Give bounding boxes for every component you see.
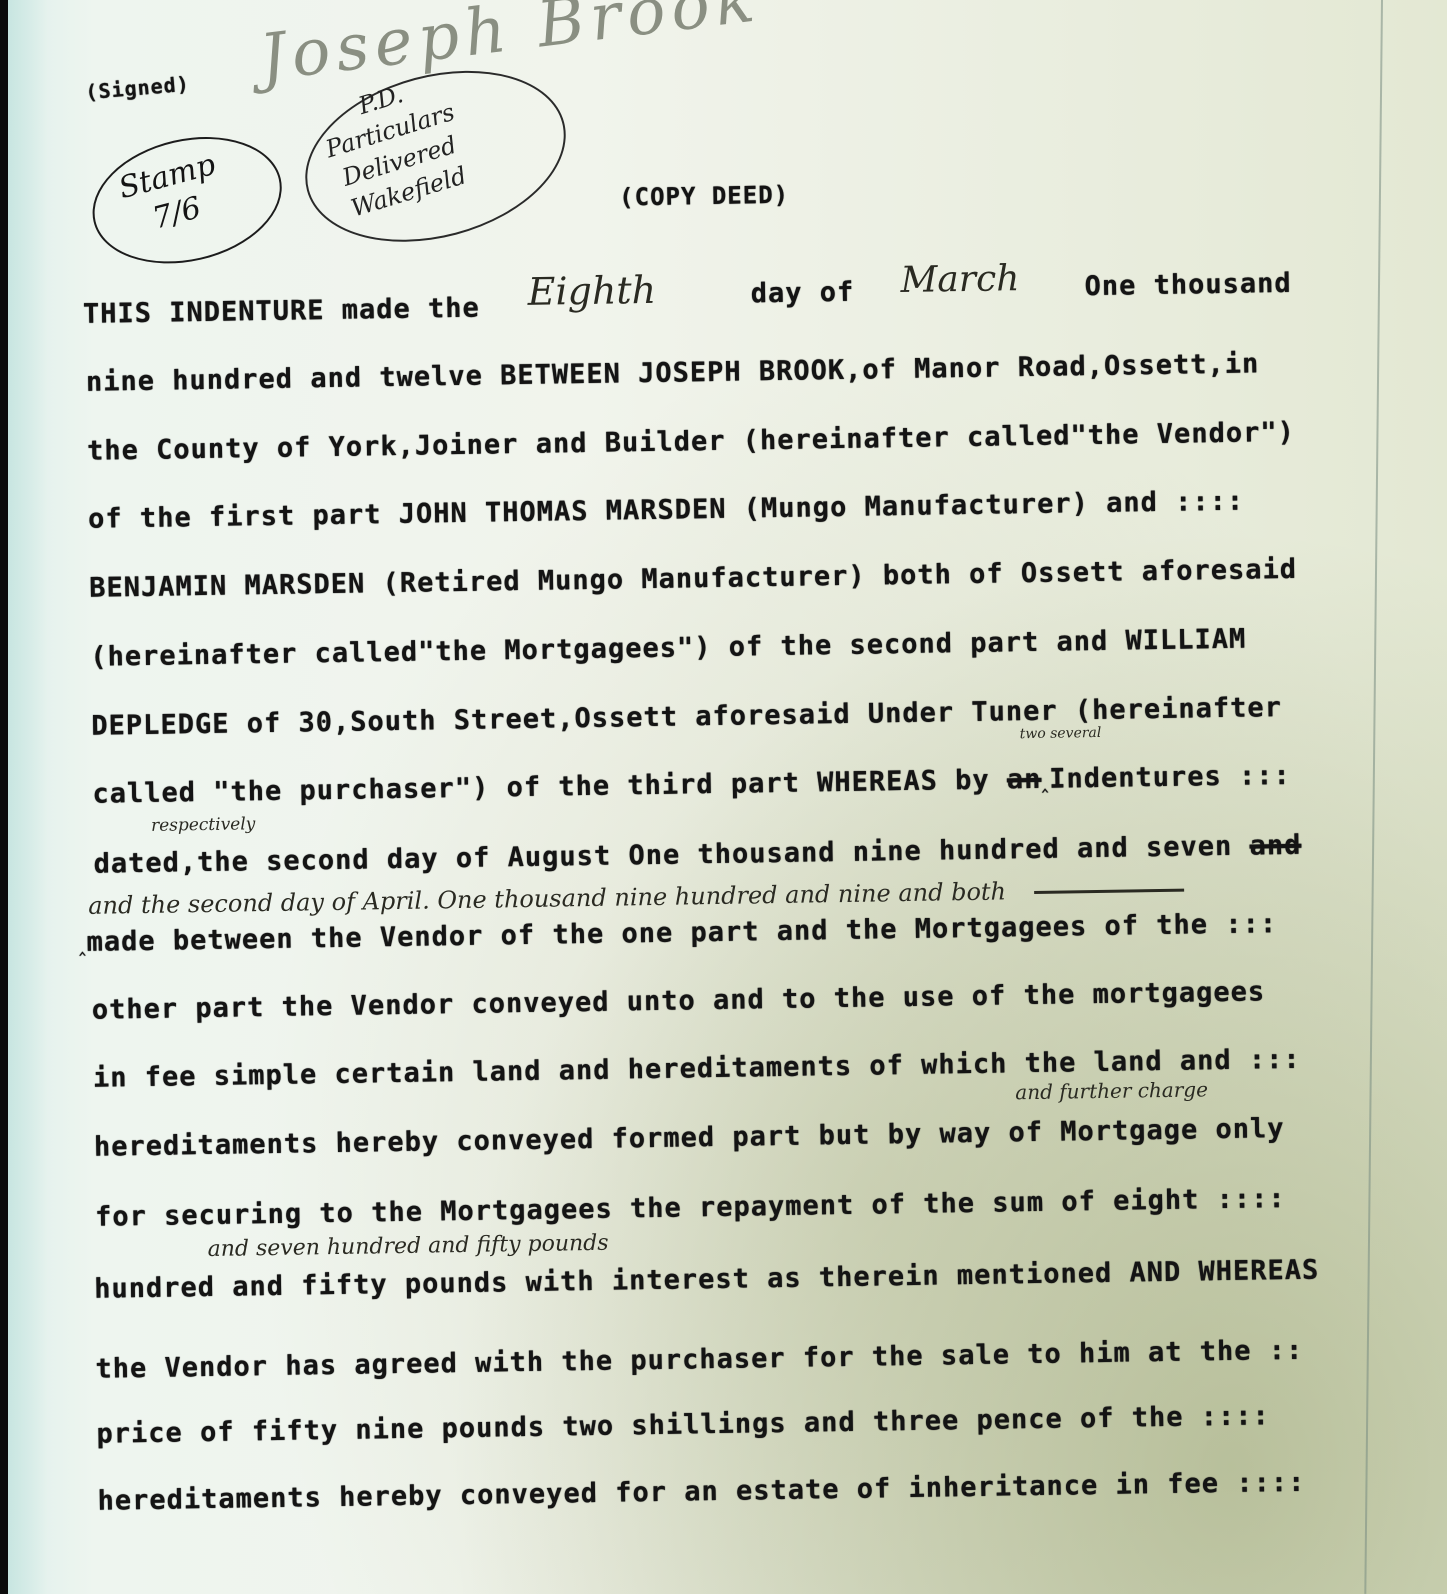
- deed-line-12: other part the Vendor conveyed unto and …: [92, 976, 1266, 1025]
- typed-text: day of: [750, 277, 854, 310]
- deed-line-7: DEPLEDGE of 30,South Street,Ossett afore…: [91, 692, 1282, 742]
- typed-text: called "the purchaser") of the third par…: [92, 765, 990, 810]
- typed-text: Indentures :::: [1049, 760, 1291, 795]
- typed-text: dated,the second day of August One thous…: [93, 831, 1232, 880]
- deed-line-17: the Vendor has agreed with the purchaser…: [95, 1335, 1303, 1385]
- deed-line-15: for securing to the Mortgagees the repay…: [95, 1183, 1286, 1233]
- struck-text: and: [1249, 830, 1301, 862]
- deed-line-14: hereditaments hereby conveyed formed par…: [94, 1113, 1285, 1163]
- deed-line-1: THIS INDENTURE made the: [83, 293, 480, 330]
- document-title: (COPY DEED): [619, 181, 789, 212]
- signed-label: (Signed): [85, 72, 191, 105]
- deed-line-18: price of fifty nine pounds two shillings…: [96, 1400, 1270, 1449]
- handwritten-insert: two several: [1020, 725, 1102, 742]
- handwritten-day: Eighth: [527, 268, 656, 314]
- handwritten-insert: and further charge: [1015, 1077, 1208, 1104]
- deed-line-2: nine hundred and twelve BETWEEN JOSEPH B…: [86, 348, 1260, 397]
- handwritten-text: and the second day of April. One thousan…: [88, 877, 1006, 919]
- handwritten-insert: and seven hundred and fifty pounds: [207, 1231, 608, 1262]
- typed-text: One thousand: [1084, 268, 1292, 302]
- deed-line-6: (hereinafter called"the Mortgagees") of …: [90, 624, 1246, 673]
- struck-text: an: [1007, 764, 1042, 796]
- deed-line-8: called "the purchaser") of the third par…: [92, 760, 1291, 810]
- document-content: Joseph Brook (Signed) Stamp 7/6 P.D. Par…: [8, 0, 1447, 1594]
- deed-page: Joseph Brook (Signed) Stamp 7/6 P.D. Par…: [8, 0, 1447, 1594]
- deed-line-16: hundred and fifty pounds with interest a…: [94, 1255, 1319, 1305]
- typed-text: THIS INDENTURE made the: [83, 293, 480, 330]
- handwritten-insert: respectively: [151, 814, 256, 836]
- deed-line-19: hereditaments hereby conveyed for an est…: [97, 1467, 1305, 1517]
- handwritten-dash: [1034, 889, 1184, 894]
- deed-line-3: the County of York,Joiner and Builder (h…: [87, 417, 1295, 467]
- deed-line-9: dated,the second day of August One thous…: [93, 830, 1301, 880]
- deed-line-5: BENJAMIN MARSDEN (Retired Mungo Manufact…: [89, 554, 1297, 604]
- deed-line-4: of the first part JOHN THOMAS MARSDEN (M…: [88, 486, 1244, 535]
- handwritten-month: March: [900, 258, 1020, 301]
